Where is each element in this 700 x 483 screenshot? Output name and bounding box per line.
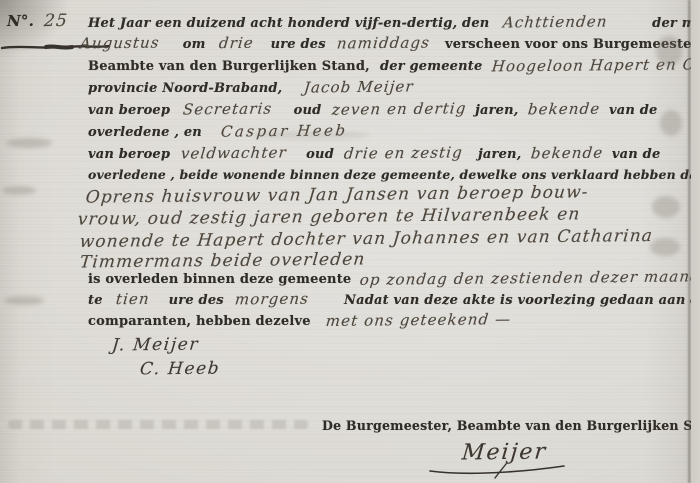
handwritten-text: Jacob Meijer <box>303 77 415 96</box>
document-line: wonende te Hapert dochter van Johannes e… <box>80 229 653 249</box>
printed-text: ure des <box>271 37 326 52</box>
printed-text: oud <box>294 103 322 118</box>
printed-text: comparanten, hebben dezelve <box>88 314 311 329</box>
printed-text: oud <box>306 147 334 162</box>
document-line: te tien ure des morgens Nadat van deze a… <box>88 289 700 308</box>
handwritten-text: bekende <box>527 100 601 119</box>
handwritten-text: drie <box>218 34 255 52</box>
handwritten-text: vrouw, oud zestig jaren geboren te Hilva… <box>77 204 582 229</box>
printed-text: Nadat van deze akte is voorlezing gedaan… <box>344 293 700 308</box>
document-line: provincie Noord-Braband, Jacob Meijer <box>88 77 413 96</box>
printed-text: van de <box>609 103 658 118</box>
printed-text: van beroep <box>88 147 170 162</box>
document-line: Het Jaar een duizend acht honderd vijf-e… <box>88 12 700 31</box>
document-line: van beroep Secretaris oud zeven en derti… <box>88 99 658 118</box>
printed-text: ure des <box>169 293 224 308</box>
handwritten-signature: C. Heeb <box>139 359 221 380</box>
document-line: overledene , en Caspar Heeb <box>88 121 348 140</box>
bleedthrough-mark <box>660 110 682 136</box>
bleedthrough-mark <box>4 296 44 305</box>
handwritten-text: Caspar Heeb <box>220 121 348 140</box>
document-line: vrouw, oud zestig jaren geboren te Hilva… <box>78 207 580 227</box>
printed-text: overledene , beide wonende binnen deze g… <box>88 167 700 182</box>
handwritten-text: drie en zestig <box>343 143 464 162</box>
handwritten-text: zeven en dertig <box>331 99 467 118</box>
signature-underline <box>428 463 568 479</box>
page-edge <box>691 0 700 483</box>
document-line: overledene , beide wonende binnen deze g… <box>88 164 700 183</box>
handwritten-text: Hoogeloon Hapert en Casteren, <box>491 55 700 76</box>
handwritten-text: tien <box>115 290 151 308</box>
printed-text: der gemeente <box>380 59 483 74</box>
bleedthrough-mark <box>6 138 52 148</box>
document-line: Beambte van den Burgerlijken Stand, der … <box>88 55 700 74</box>
bleedthrough-mark <box>650 238 680 256</box>
handwritten-text: op zondag den zestienden dezer maand , <box>359 267 700 289</box>
handwritten-text: bekende <box>530 144 604 163</box>
document-line: is overleden binnen deze gemeente op zon… <box>88 268 700 287</box>
official-signature: Meijer <box>462 440 547 465</box>
act-number-value: 25 <box>43 11 69 31</box>
printed-text: jaren, <box>475 103 518 118</box>
printed-text: om <box>183 37 206 52</box>
printed-text: overledene , en <box>88 125 202 140</box>
handwritten-text: Augustus <box>79 34 160 53</box>
witness-signature: J. Meijer <box>112 335 199 355</box>
document-line: van beroep veldwachter oud drie en zesti… <box>88 143 660 162</box>
printed-text: provincie Noord-Braband, <box>88 81 282 96</box>
printed-text: Beambte van den Burgerlijken Stand, <box>88 59 370 74</box>
handwritten-text: met ons geteekend — <box>325 310 512 330</box>
printed-text: te <box>88 293 103 308</box>
printed-text: van beroep <box>88 103 170 118</box>
handwritten-text: Secretaris <box>182 100 273 119</box>
bleedthrough-mark <box>2 186 36 195</box>
handwritten-text: morgens <box>234 290 310 309</box>
printed-text: jaren, <box>478 147 521 162</box>
bleedthrough-mark <box>8 420 308 429</box>
document-line: comparanten, hebben dezelve met ons gete… <box>88 310 511 329</box>
handwritten-signature: J. Meijer <box>111 335 200 356</box>
printed-text: is overleden binnen deze gemeente <box>88 272 351 287</box>
printed-text: Het Jaar een duizend acht honderd vijf-e… <box>88 16 489 31</box>
bleedthrough-mark <box>652 196 680 218</box>
printed-text: van de <box>612 147 661 162</box>
printed-text: De Burgemeester, Beambte van den Burgerl… <box>322 418 700 433</box>
footer-title: De Burgemeester, Beambte van den Burgerl… <box>322 415 700 434</box>
handwritten-text: veldwachter <box>180 143 288 162</box>
handwritten-signature: Meijer <box>461 440 548 466</box>
act-number-label: N°. <box>7 12 34 30</box>
printed-text: verscheen voor ons Burgemeester, <box>445 37 700 52</box>
document-line: Oprens huisvrouw van Jan Jansen van bero… <box>86 185 588 205</box>
handwritten-text: wonende te Hapert dochter van Johannes e… <box>79 226 654 252</box>
document-line: Augustus om drie ure des namiddags versc… <box>80 33 700 52</box>
handwritten-text: Achttienden <box>502 12 608 31</box>
handwritten-text: namiddags <box>336 34 431 53</box>
document-scan: N°. 25 Het Jaar een duizend acht honderd… <box>0 0 700 483</box>
act-number: N°. 25 <box>7 11 68 31</box>
witness-signature: C. Heeb <box>140 359 220 379</box>
handwritten-text: Oprens huisvrouw van Jan Jansen van bero… <box>85 182 590 207</box>
